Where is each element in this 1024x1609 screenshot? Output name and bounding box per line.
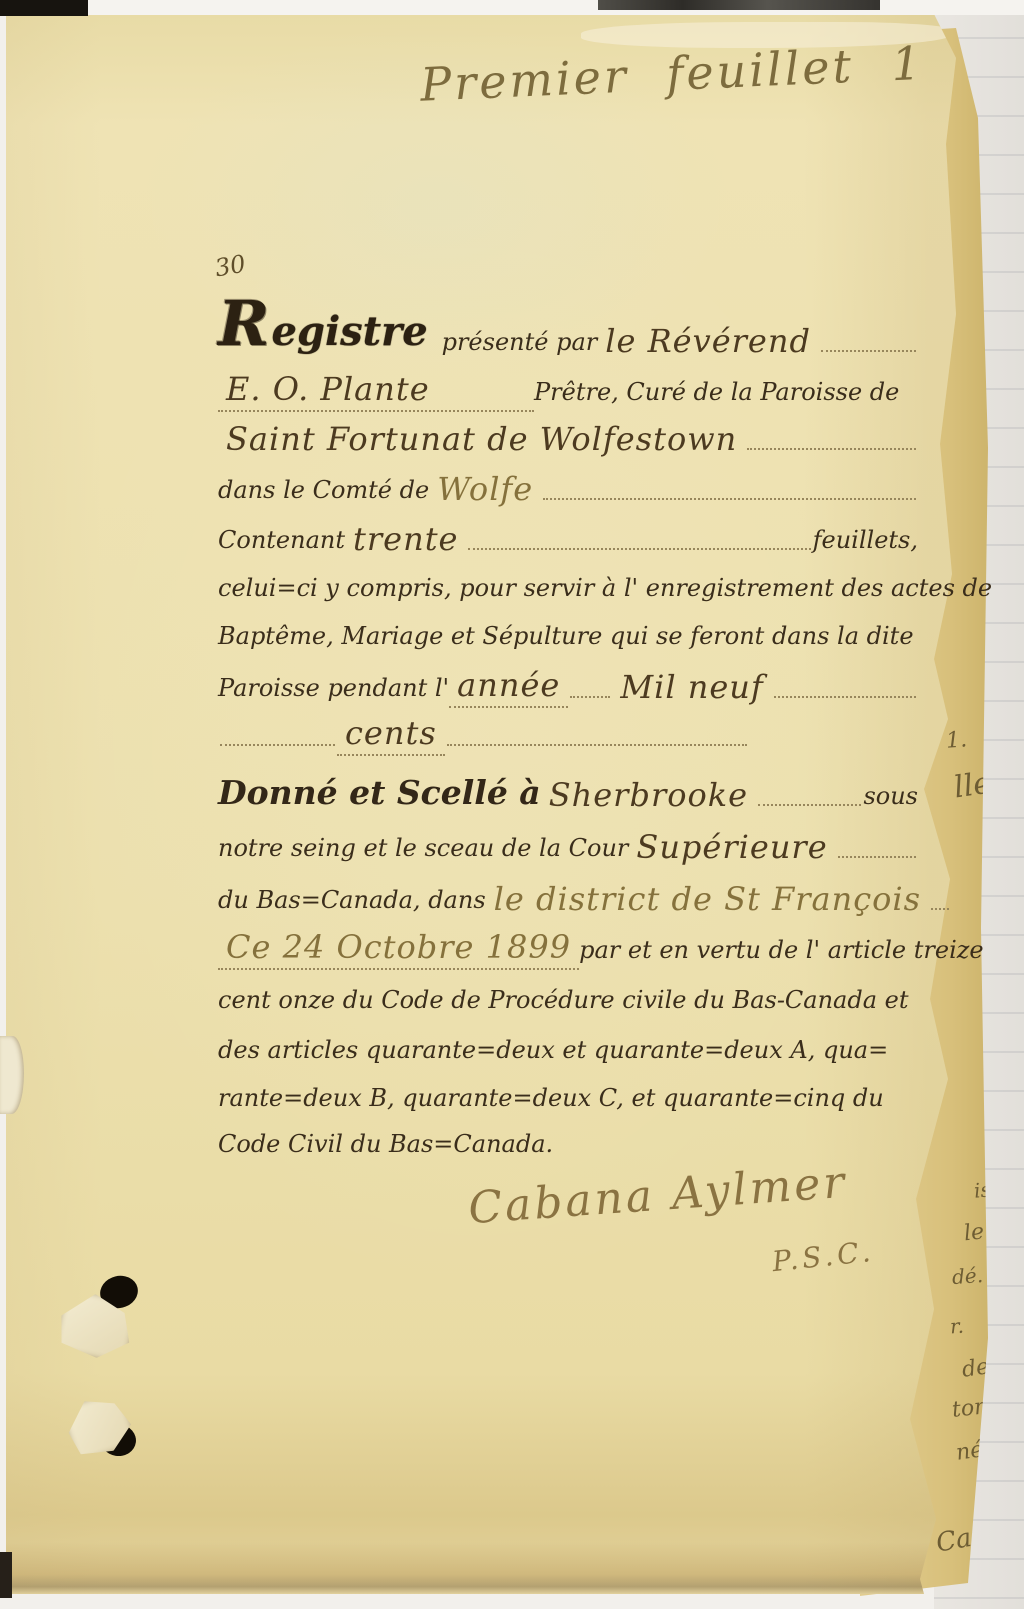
form-line-annee: Paroisse pendant l'annéeMil neuf: [218, 656, 918, 708]
blank-rule: [468, 548, 810, 550]
form-line-bascanada: du Bas=Canada, dansle district de St Fra…: [218, 868, 918, 920]
form-line-registre: Registre présenté parle Révérend: [218, 290, 918, 362]
blank-rule: [570, 696, 610, 698]
printed-form-text: Registre: [218, 287, 442, 362]
printed-form-text: du Bas=Canada, dans: [218, 886, 486, 920]
blank-rule: [931, 908, 949, 910]
form-line-articles-2: rante=deux B, quarante=deux C, et quaran…: [218, 1070, 918, 1118]
blank-rule: [543, 498, 916, 500]
form-line-donne: Donné et Scellé àSherbrookesous: [218, 756, 918, 816]
printed-form-text: Code Civil du Bas=Canada.: [218, 1130, 553, 1164]
printed-form-text: par et en vertu de l' article treize: [579, 936, 984, 970]
blank-rule: [774, 696, 916, 698]
printed-form-text: dans le Comté de: [218, 476, 429, 510]
handwriting-fragment: dé.: [951, 1263, 984, 1289]
handwritten-entry: trente: [345, 520, 467, 560]
handwritten-entry: année: [449, 666, 568, 708]
printed-form-text: Paroisse pendant l': [218, 674, 449, 708]
blank-rule: [447, 744, 747, 746]
form-line-date: Ce 24 Octobre 1899par et en vertu de l' …: [218, 920, 918, 970]
handwritten-entry: Mil neuf: [612, 668, 771, 708]
printed-form-text: Donné et Scellé à: [218, 773, 541, 816]
handwritten-entry: Sherbrooke: [541, 776, 756, 816]
form-line-celui: celui=ci y compris, pour servir à l' enr…: [218, 560, 918, 608]
printed-form-text: Baptême, Mariage et Sépulture qui se fer…: [218, 622, 914, 656]
printed-form-text: présenté par: [442, 328, 598, 362]
handwriting-fragment: r.: [949, 1314, 964, 1339]
form-line-seing: notre seing et le sceau de la CourSupéri…: [218, 816, 918, 868]
blank-rule: [821, 350, 916, 352]
form-line-articles-1: des articles quarante=deux et quarante=d…: [218, 1020, 918, 1070]
scanned-register-page: 1.lleisle.dé.r.detonnér.Cari Premier feu…: [0, 0, 1024, 1609]
corner-notch: [0, 1552, 12, 1598]
handwriting-fragment: 1.: [945, 727, 968, 753]
handwritten-entry: Saint Fortunat de Wolfestown: [218, 420, 745, 460]
form-line-plante: E. O. PlantePrêtre, Curé de la Paroisse …: [218, 362, 918, 412]
handwritten-entry: Supérieure: [628, 828, 835, 868]
form-line-bapteme: Baptême, Mariage et Sépulture qui se fer…: [218, 608, 918, 656]
handwritten-entry: Wolfe: [429, 470, 541, 510]
blank-rule: [220, 744, 335, 746]
page-curl-shadow: [6, 1542, 956, 1594]
printed-form-text: cent onze du Code de Procédure civile du…: [218, 986, 909, 1020]
corner-number-handwriting: 30: [213, 250, 248, 283]
register-form-body: Registre présenté parle RévérendE. O. Pl…: [218, 290, 918, 1164]
printed-form-text: sous: [863, 782, 918, 816]
form-line-code-civil: Code Civil du Bas=Canada.: [218, 1118, 918, 1164]
blank-rule: [747, 448, 916, 450]
binding-edge: [0, 0, 88, 16]
blank-rule: [838, 856, 916, 858]
printed-form-text: notre seing et le sceau de la Cour: [218, 834, 628, 868]
printed-form-text: Prêtre, Curé de la Paroisse de: [534, 378, 899, 412]
book-edge-strip: [598, 0, 880, 10]
form-line-cents: cents: [218, 708, 918, 756]
printed-form-text: rante=deux B, quarante=deux C, et quaran…: [218, 1084, 884, 1118]
printed-form-text: celui=ci y compris, pour servir à l' enr…: [218, 574, 992, 608]
handwritten-entry: le district de St François: [486, 880, 929, 920]
printed-form-text: Contenant: [218, 526, 345, 560]
handwritten-entry: cents: [337, 714, 445, 756]
handwritten-entry: E. O. Plante: [218, 370, 534, 412]
printed-form-text: des articles quarante=deux et quarante=d…: [218, 1036, 888, 1070]
blank-rule: [758, 804, 861, 806]
form-line-paroisse-name: Saint Fortunat de Wolfestown: [218, 412, 918, 460]
printed-form-text: feuillets,: [813, 526, 918, 560]
form-line-contenant: Contenanttrentefeuillets,: [218, 510, 918, 560]
form-line-cent-onze: cent onze du Code de Procédure civile du…: [218, 970, 918, 1020]
handwritten-entry: le Révérend: [597, 322, 819, 362]
handwritten-entry: Ce 24 Octobre 1899: [218, 928, 579, 970]
form-line-comte: dans le Comté deWolfe: [218, 460, 918, 510]
